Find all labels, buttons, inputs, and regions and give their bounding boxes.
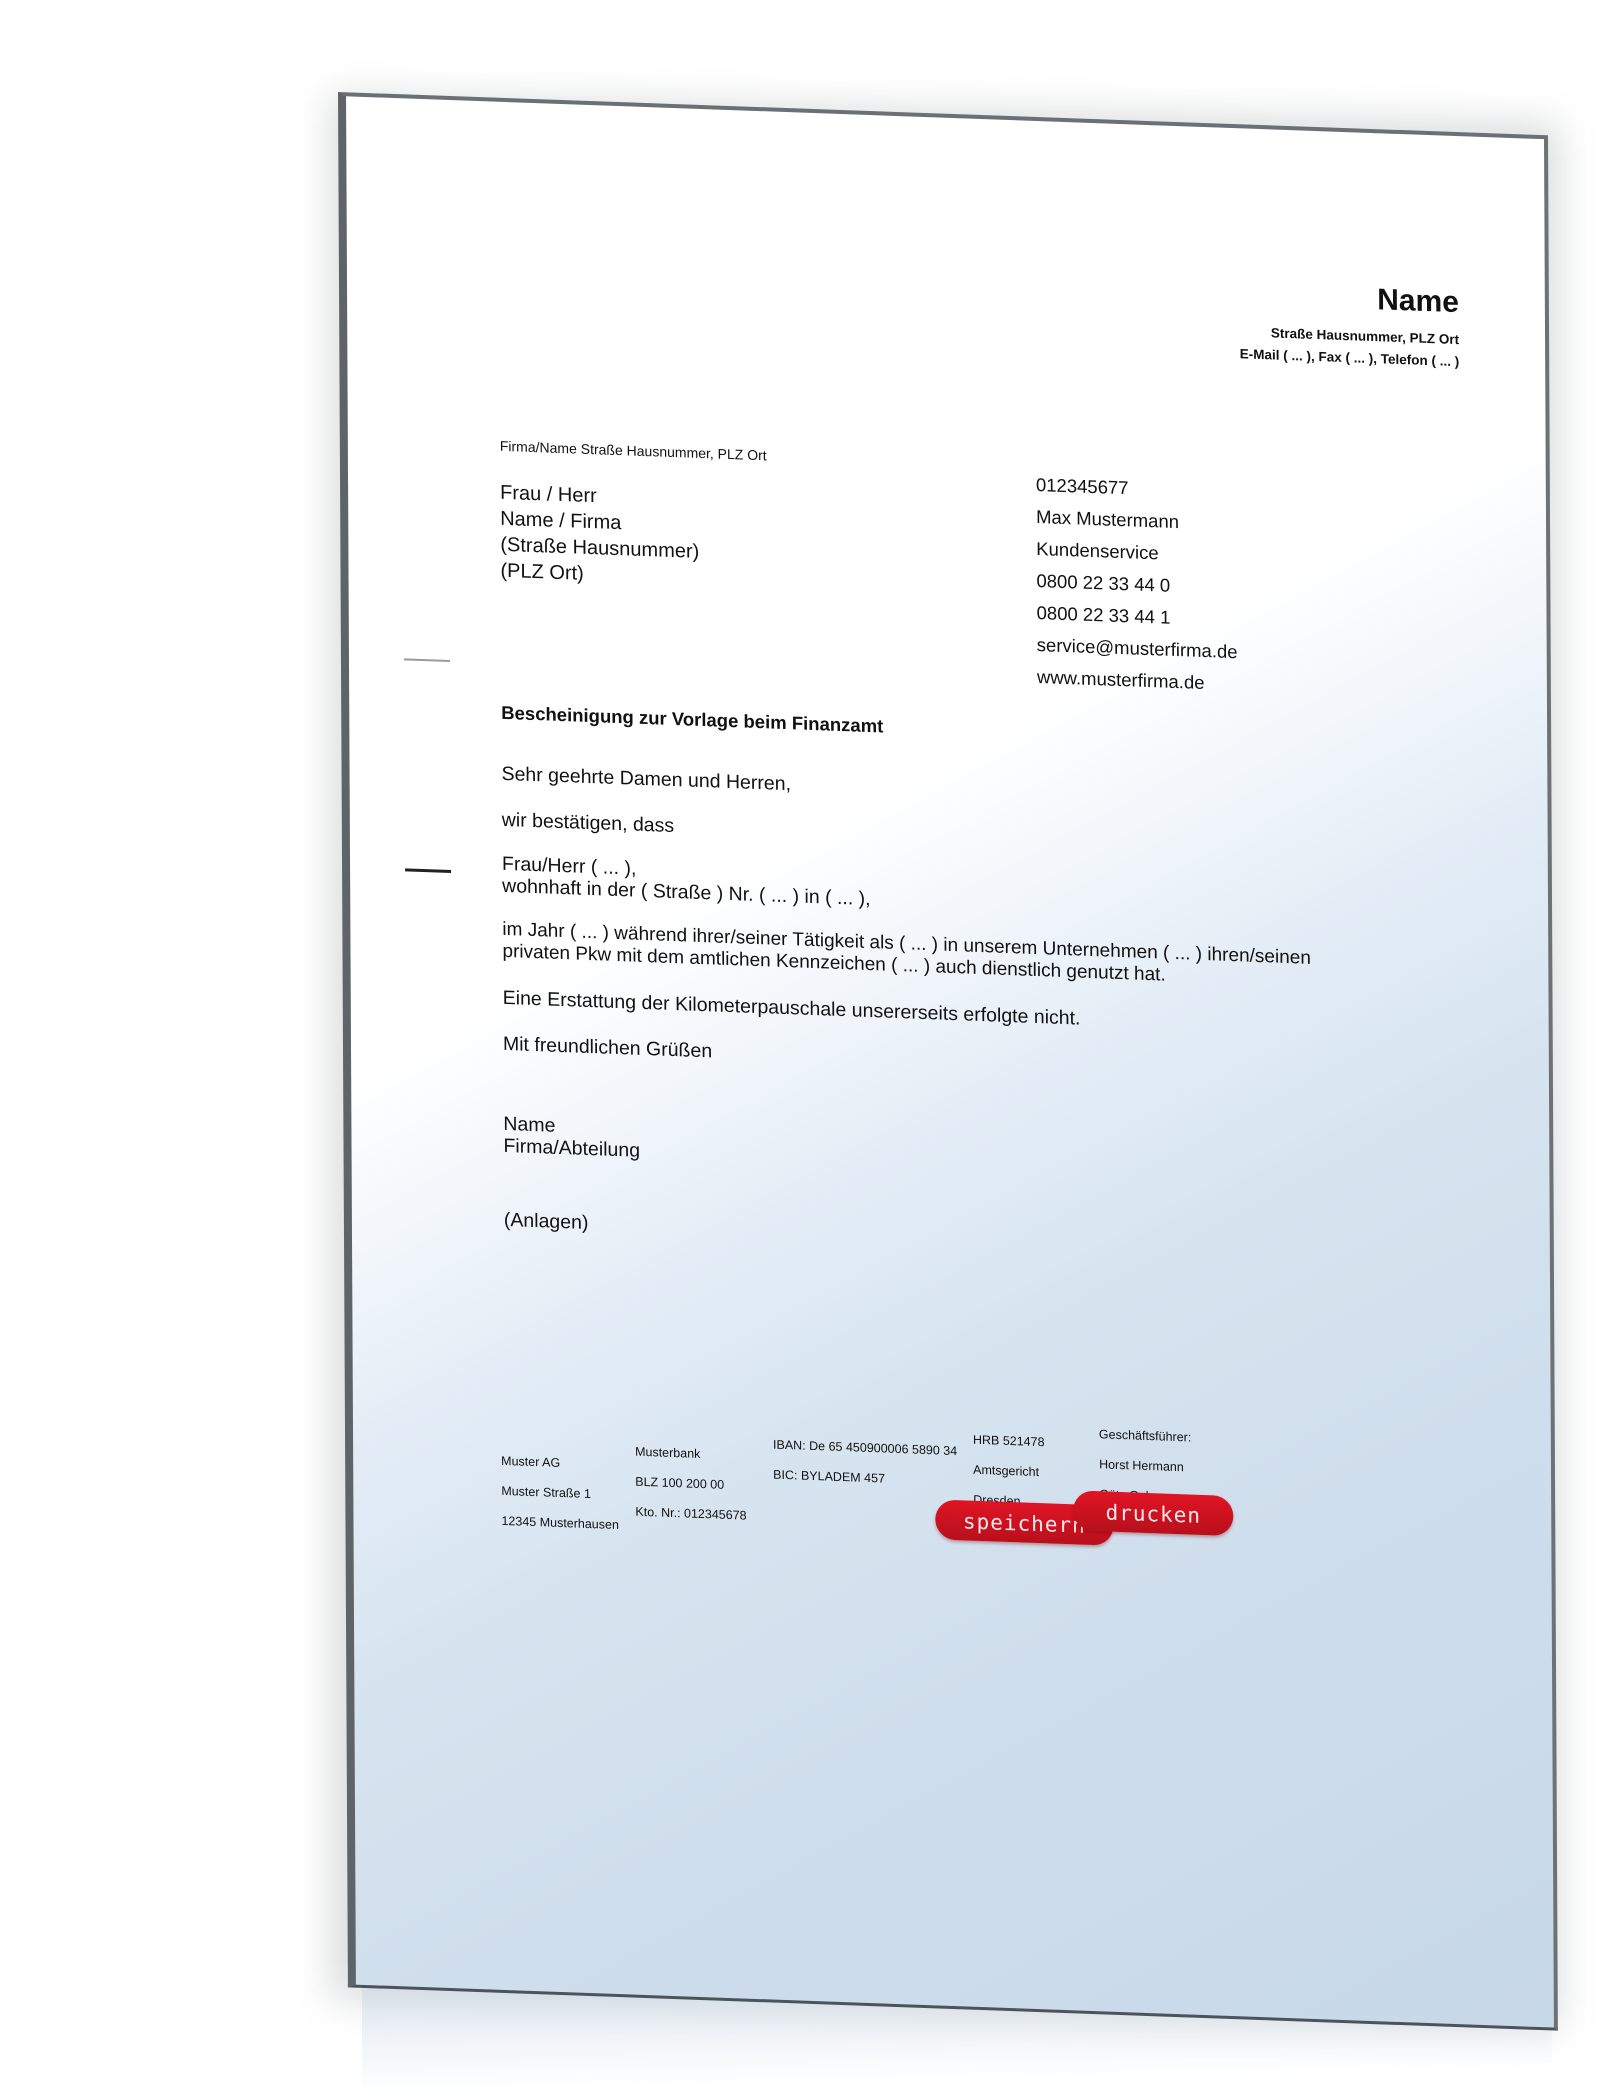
document-preview-stage: Name Straße Hausnummer, PLZ Ort E-Mail (… [0, 0, 1600, 2100]
closing: Mit freundlichen Grüßen [503, 1032, 712, 1063]
sender-address: Straße Hausnummer, PLZ Ort [1271, 325, 1459, 347]
footer-hrb: HRB 521478 [973, 1425, 1045, 1458]
signature-department: Firma/Abteilung [503, 1134, 640, 1163]
footer-company: Muster AG Muster Straße 1 12345 Musterha… [501, 1446, 619, 1540]
sender-contact: E-Mail ( ... ), Fax ( ... ), Telefon ( .… [1240, 346, 1460, 369]
attachments-note: (Anlagen) [504, 1208, 589, 1235]
sender-name: Name [1377, 283, 1459, 320]
letter-subject: Bescheinigung zur Vorlage beim Finanzamt [501, 702, 883, 738]
footer-manager: Horst Hermann [1099, 1449, 1192, 1482]
footer-company-city: 12345 Musterhausen [501, 1506, 619, 1540]
footer-company-street: Muster Straße 1 [501, 1476, 619, 1510]
footer-court: Amtsgericht [973, 1455, 1045, 1488]
footer-bank-blz: BLZ 100 200 00 [635, 1467, 746, 1501]
print-button[interactable]: drucken [1073, 1490, 1233, 1536]
punch-mark [405, 868, 451, 873]
reimbursement-text: Eine Erstattung der Kilometerpauschale u… [503, 986, 1081, 1031]
footer-bank-name: Musterbank [635, 1437, 746, 1471]
fold-mark [404, 658, 450, 662]
person-line-2: wohnhaft in der ( Straße ) Nr. ( ... ) i… [502, 874, 871, 911]
footer-bank-account: Kto. Nr.: 012345678 [635, 1497, 746, 1531]
salutation: Sehr geehrte Damen und Herren, [501, 762, 791, 796]
footer-company-name: Muster AG [501, 1446, 619, 1480]
letter-page: Name Straße Hausnummer, PLZ Ort E-Mail (… [338, 92, 1558, 2031]
contact-block: 012345677 Max Mustermann Kundenservice 0… [1036, 469, 1238, 700]
recipient-address: Frau / Herr Name / Firma (Straße Hausnum… [500, 480, 699, 591]
intro-text: wir bestätigen, dass [502, 808, 674, 838]
footer-management-label: Geschäftsführer: [1099, 1419, 1192, 1452]
footer-bank: Musterbank BLZ 100 200 00 Kto. Nr.: 0123… [635, 1437, 747, 1531]
return-address: Firma/Name Straße Hausnummer, PLZ Ort [500, 438, 767, 464]
footer-iban: IBAN: De 65 450900006 5890 34 BIC: BYLAD… [773, 1430, 958, 1497]
